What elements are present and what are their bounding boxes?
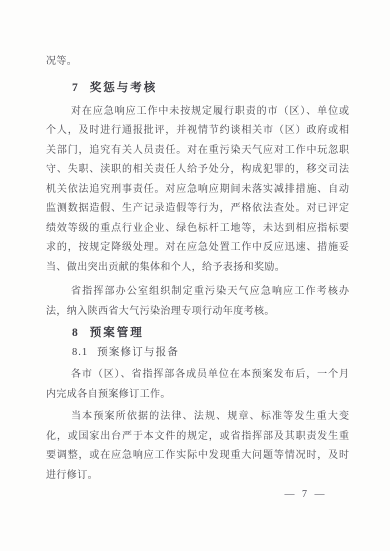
text-line: 守、失职、渎职的相关责任人给予处分，构成犯罪的，移交司法 bbox=[46, 160, 349, 180]
section-7-heading: 7奖惩与考核 bbox=[46, 78, 349, 98]
section-7-title: 奖惩与考核 bbox=[90, 82, 158, 94]
text-line: 内完成各自预案修订工作。 bbox=[46, 385, 349, 405]
page-number: — 7 — bbox=[285, 489, 328, 500]
text-line: 化，或国家出台严于本文件的规定，或省指挥部及其职责发生重 bbox=[46, 427, 349, 447]
text-line: 当、做出突出贡献的集体和个人，给予表扬和奖励。 bbox=[46, 258, 349, 278]
section-7-paragraph-2: 省指挥部办公室组织制定重污染天气应急响应工作考核办 法，纳入陕西省大气污染治理专… bbox=[46, 282, 349, 321]
text-line: 各市（区）、省指挥部各成员单位在本预案发布后，一个月 bbox=[46, 365, 349, 385]
text-line: 关部门，追究有关人员责任。对在重污染天气应对工作中玩忽职 bbox=[46, 141, 349, 161]
text-line: 对在应急响应工作中未按规定履行职责的市（区）、单位或 bbox=[46, 102, 349, 122]
text-line: 机关依法追究刑事责任。对应急响应期间未落实减排措施、自动 bbox=[46, 180, 349, 200]
section-8-heading: 8预案管理 bbox=[46, 323, 349, 343]
section-7-number: 7 bbox=[72, 82, 79, 94]
document-page: 况等。 7奖惩与考核 对在应急响应工作中未按规定履行职责的市（区）、单位或 个人… bbox=[0, 0, 390, 551]
section-7-paragraph-1: 对在应急响应工作中未按规定履行职责的市（区）、单位或 个人，及时进行通报批评，并… bbox=[46, 102, 349, 278]
section-8-1-number: 8.1 bbox=[72, 347, 88, 358]
text-line: 要调整，或在应急响应工作实际中发现重大问题等情况时，及时 bbox=[46, 446, 349, 466]
text-line: 求的，按规定降级处理。对在应急处置工作中反应迅速、措施妥 bbox=[46, 238, 349, 258]
document-body: 况等。 7奖惩与考核 对在应急响应工作中未按规定履行职责的市（区）、单位或 个人… bbox=[46, 52, 349, 485]
previous-paragraph-end-line: 况等。 bbox=[46, 52, 349, 72]
section-8-1-heading: 8.1预案修订与报备 bbox=[46, 343, 349, 363]
text-line: 进行修订。 bbox=[46, 466, 349, 486]
section-8-title: 预案管理 bbox=[90, 327, 144, 339]
text-line: 个人，及时进行通报批评，并视情节约谈相关市（区）政府或相 bbox=[46, 121, 349, 141]
text-line: 监测数据造假、生产记录造假等行为，严格依法查处。对已评定 bbox=[46, 199, 349, 219]
text-line: 法，纳入陕西省大气污染治理专项行动年度考核。 bbox=[46, 302, 349, 322]
text-line: 省指挥部办公室组织制定重污染天气应急响应工作考核办 bbox=[46, 282, 349, 302]
text-line: 当本预案所依据的法律、法规、规章、标准等发生重大变 bbox=[46, 407, 349, 427]
section-8-1-title: 预案修订与报备 bbox=[97, 347, 179, 358]
text-line: 绩效等级的重点行业企业、绿色标杆工地等，未达到相应指标要 bbox=[46, 219, 349, 239]
section-8-paragraph-2: 当本预案所依据的法律、法规、规章、标准等发生重大变 化，或国家出台严于本文件的规… bbox=[46, 407, 349, 485]
section-8-paragraph-1: 各市（区）、省指挥部各成员单位在本预案发布后，一个月 内完成各自预案修订工作。 bbox=[46, 365, 349, 404]
section-8-number: 8 bbox=[72, 327, 79, 339]
